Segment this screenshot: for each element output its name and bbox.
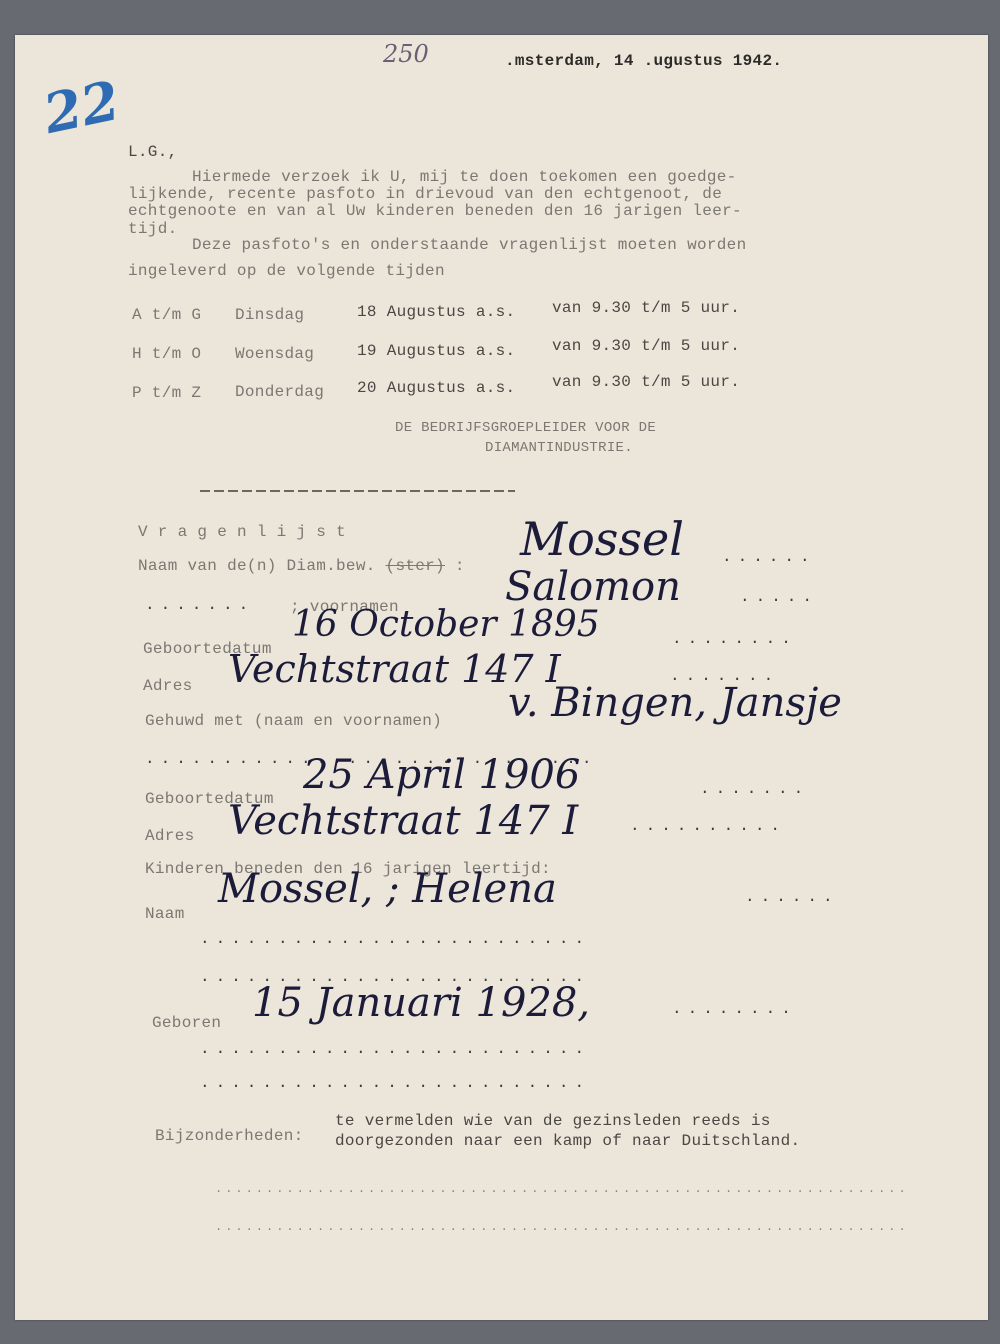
remarks-label: Bijzonderheden: bbox=[155, 1127, 304, 1145]
paragraph1-line2: lijkende, recente pasfoto in drievoud va… bbox=[128, 185, 722, 203]
dotted-line: ......................... bbox=[200, 1074, 590, 1092]
dotted-line: ........................................… bbox=[215, 1182, 909, 1196]
dotted-line: ..... bbox=[740, 588, 818, 606]
dotted-line: ....... bbox=[700, 780, 809, 798]
remarks-line1: te vermelden wie van de gezinsleden reed… bbox=[335, 1112, 771, 1130]
signature-line2: DIAMANTINDUSTRIE. bbox=[485, 440, 633, 456]
spouse-birthdate-value: 25 April 1906 bbox=[303, 752, 580, 798]
schedule-letters: A t/m G bbox=[132, 306, 201, 324]
schedule-day: Dinsdag bbox=[235, 306, 304, 324]
surname-label: Naam van de(n) Diam.bew. (ster) : bbox=[138, 557, 465, 575]
paragraph1-line3: echtgenoote en van al Uw kinderen benede… bbox=[128, 202, 742, 220]
dotted-line: ......................... bbox=[200, 930, 590, 948]
birthdate-value: 16 October 1895 bbox=[292, 604, 600, 645]
child-name-label: Naam bbox=[145, 905, 185, 923]
dotted-line: ......................... bbox=[200, 1040, 590, 1058]
schedule-date: 18 Augustus a.s. bbox=[357, 303, 515, 321]
form-title: V r a g e n l i j s t bbox=[138, 523, 346, 541]
dotted-line: ........................................… bbox=[215, 1220, 909, 1234]
dotted-line: .......... bbox=[630, 817, 786, 835]
remarks-line2: doorgezonden naar een kamp of naar Duits… bbox=[335, 1132, 800, 1150]
child-name-value: Mossel, ; Helena bbox=[218, 866, 557, 912]
schedule-time: van 9.30 t/m 5 uur. bbox=[552, 299, 740, 317]
schedule-time: van 9.30 t/m 5 uur. bbox=[552, 373, 740, 391]
dotted-line: ...... bbox=[722, 548, 816, 566]
paragraph2-line1: Deze pasfoto's en onderstaande vragenlij… bbox=[192, 236, 747, 254]
dotted-line: ....... bbox=[145, 596, 254, 614]
schedule-day: Woensdag bbox=[235, 345, 314, 363]
spouse-value: v. Bingen, Jansje bbox=[508, 680, 842, 726]
child-born-label: Geboren bbox=[152, 1014, 221, 1032]
place-date: .msterdam, 14 .ugustus 1942. bbox=[505, 52, 782, 70]
schedule-day: Donderdag bbox=[235, 383, 324, 401]
paragraph2-line2: ingeleverd op de volgende tijden bbox=[128, 262, 445, 280]
schedule-letters: H t/m O bbox=[132, 345, 201, 363]
spouse-label: Gehuwd met (naam en voornamen) bbox=[145, 712, 442, 730]
surname-value: Mossel bbox=[520, 512, 684, 566]
schedule-letters: P t/m Z bbox=[132, 384, 201, 402]
schedule-date: 20 Augustus a.s. bbox=[357, 379, 515, 397]
child-born-value: 15 Januari 1928, bbox=[252, 980, 590, 1026]
schedule-date: 19 Augustus a.s. bbox=[357, 342, 515, 360]
pencil-archive-number: 250 bbox=[383, 40, 429, 68]
spouse-address-value: Vechtstraat 147 I bbox=[228, 798, 578, 844]
dotted-line: ........ bbox=[672, 1000, 797, 1018]
paragraph1-line1: Hiermede verzoek ik U, mij te doen toeko… bbox=[192, 168, 737, 186]
dotted-line: ...... bbox=[745, 888, 839, 906]
divider-line bbox=[200, 490, 515, 492]
salutation: L.G., bbox=[128, 143, 178, 161]
dotted-line: ........ bbox=[672, 630, 797, 648]
schedule-time: van 9.30 t/m 5 uur. bbox=[552, 337, 740, 355]
spouse-address-label: Adres bbox=[145, 827, 195, 845]
address-label: Adres bbox=[143, 677, 193, 695]
paragraph1-line4: tijd. bbox=[128, 220, 178, 238]
signature-line1: DE BEDRIJFSGROEPLEIDER VOOR DE bbox=[395, 420, 656, 436]
